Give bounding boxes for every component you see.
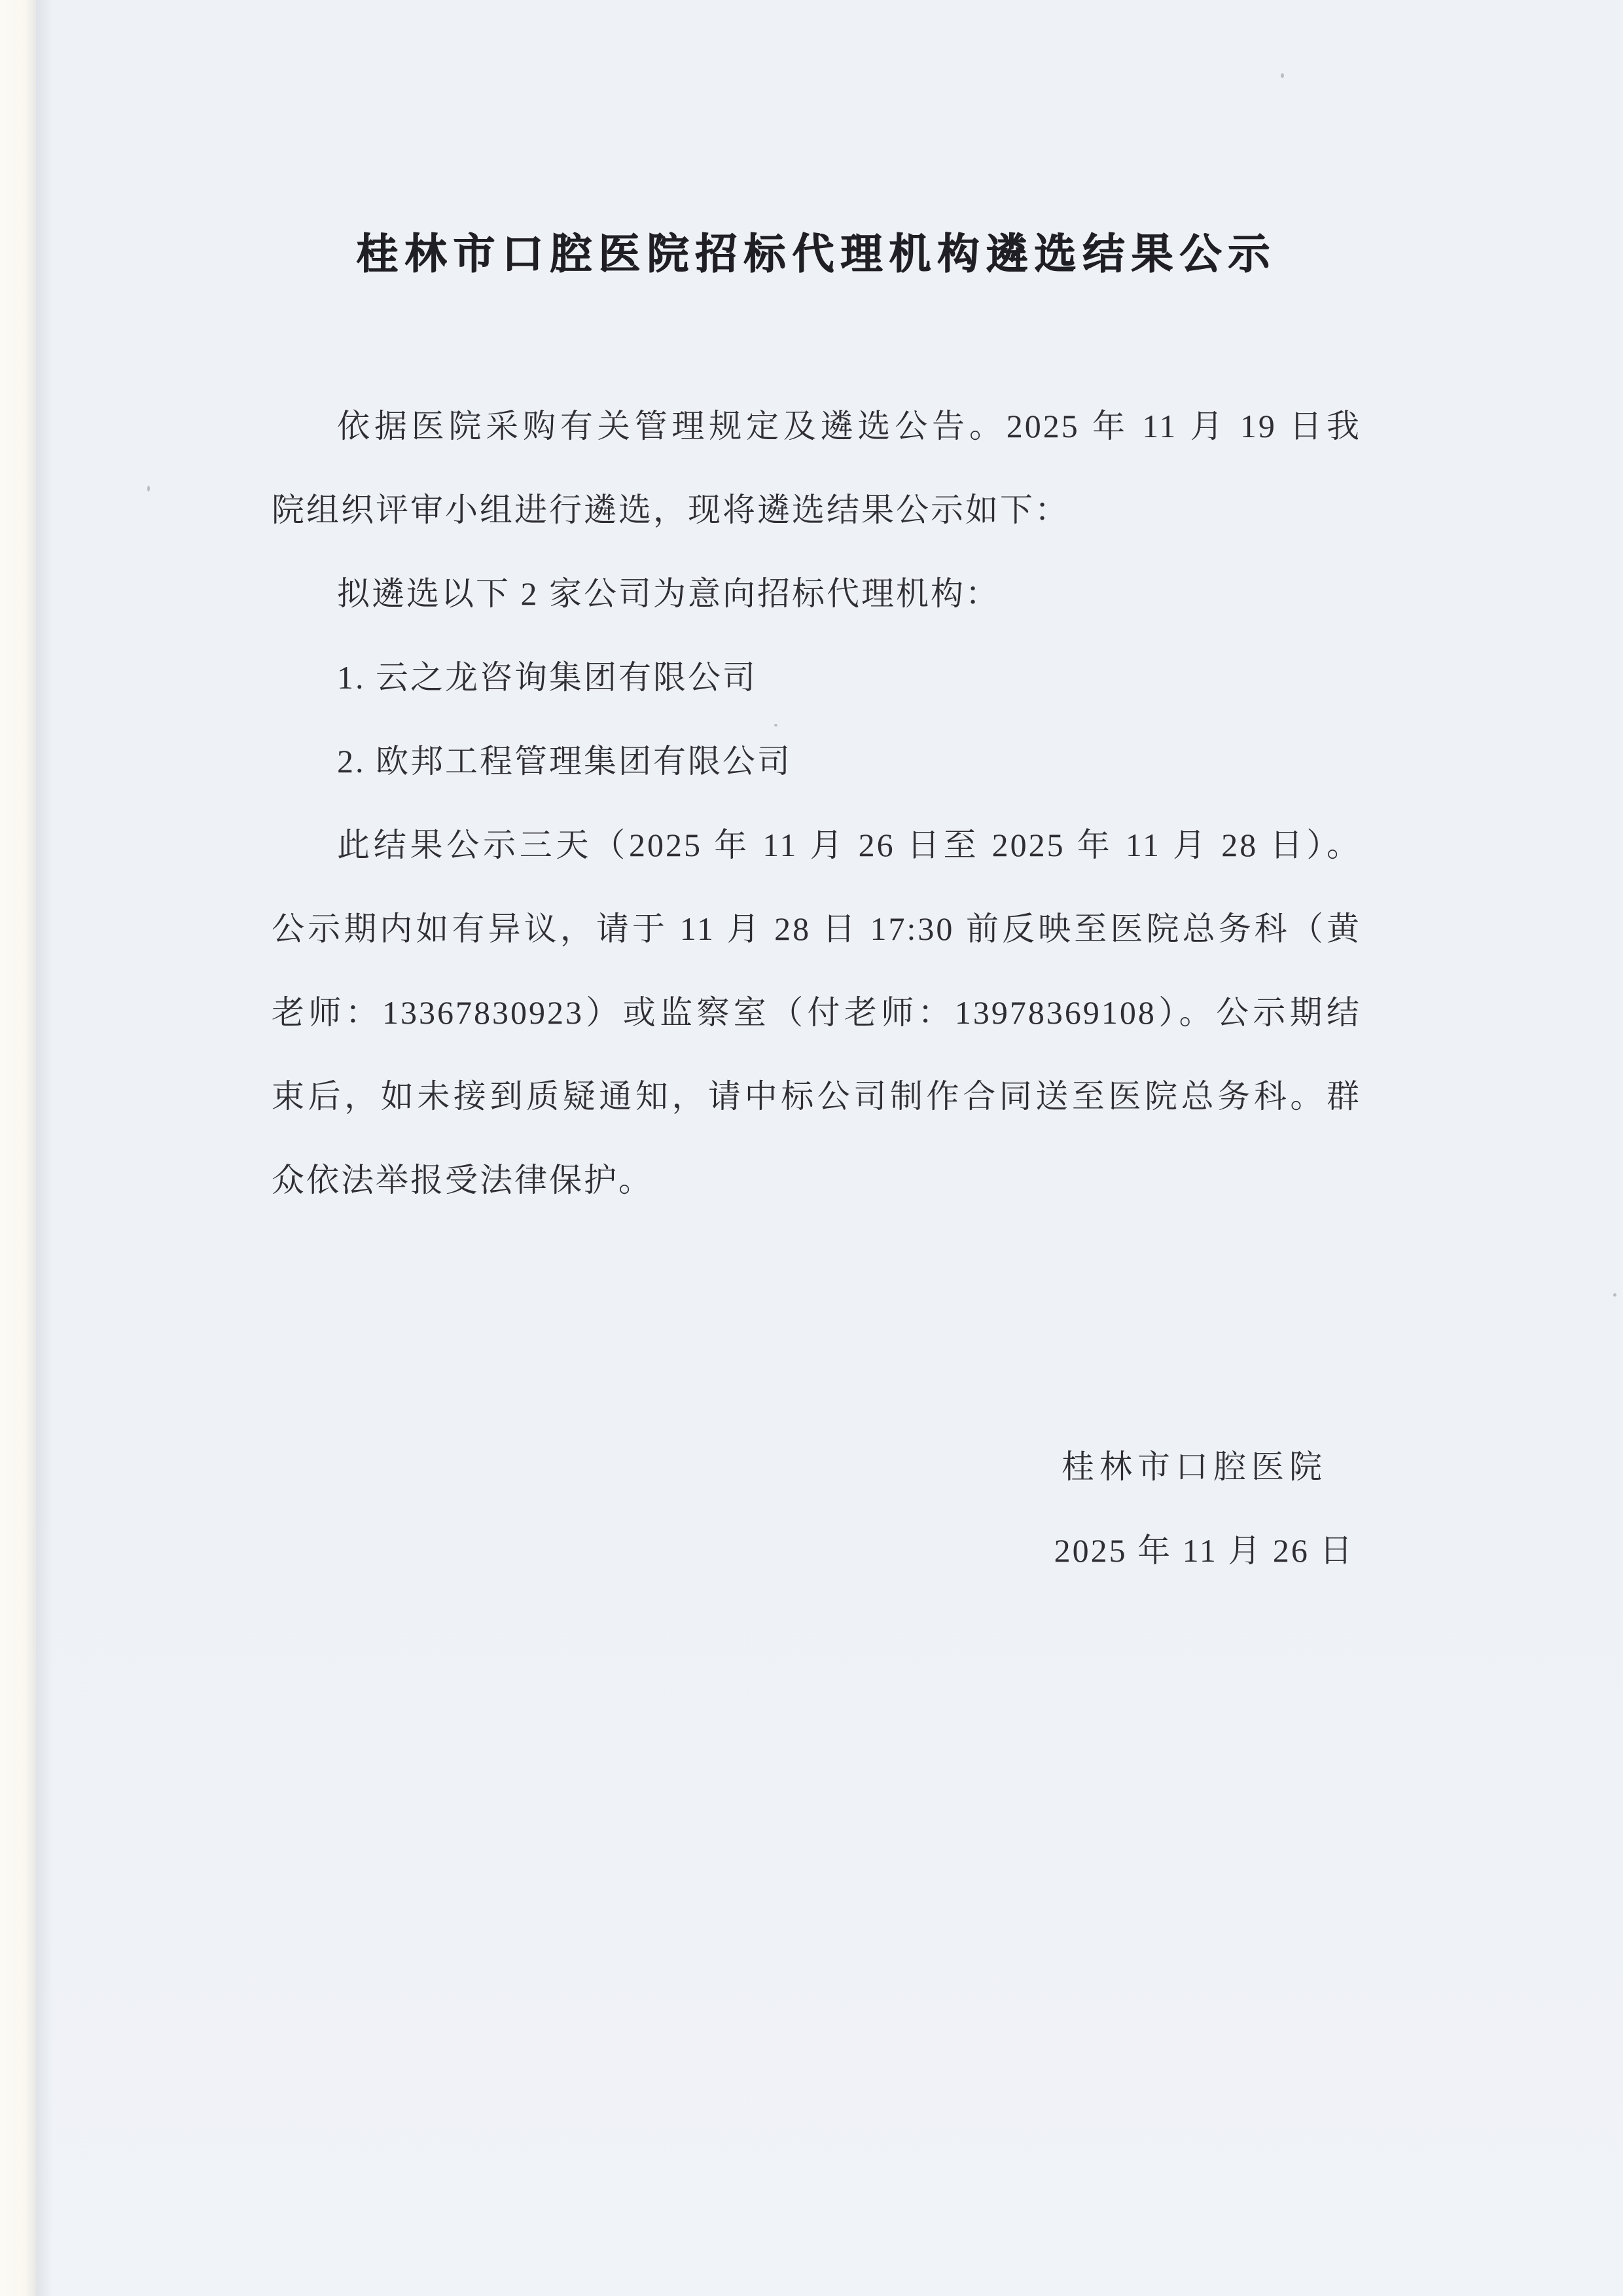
body-line-6: 此结果公示三天（2025 年 11 月 26 日至 2025 年 11 月 28… [272, 803, 1361, 887]
scanner-edge-strip [0, 0, 36, 2296]
body-line-10: 众依法举报受法律保护。 [272, 1138, 1361, 1222]
body-line-8: 老师：13367830923）或监察室（付老师：13978369108）。公示期… [272, 971, 1361, 1054]
list-item-1: 1. 云之龙咨询集团有限公司 [272, 636, 1361, 719]
document-body: 依据医院采购有关管理规定及遴选公告。2025 年 11 月 19 日我 院组织评… [272, 384, 1361, 1222]
list-item-2: 2. 欧邦工程管理集团有限公司 [272, 719, 1361, 803]
scanned-document-page: 桂林市口腔医院招标代理机构遴选结果公示 依据医院采购有关管理规定及遴选公告。20… [0, 0, 1623, 2296]
signature-block: 桂林市口腔医院 2025 年 11 月 26 日 [991, 1425, 1397, 1592]
document-title: 桂林市口腔医院招标代理机构遴选结果公示 [272, 229, 1361, 279]
document-content: 桂林市口腔医院招标代理机构遴选结果公示 依据医院采购有关管理规定及遴选公告。20… [272, 0, 1361, 1592]
scan-speck [147, 486, 150, 492]
body-line-9: 束后，如未接到质疑通知，请中标公司制作合同送至医院总务科。群 [272, 1054, 1361, 1138]
paper-sheet: 桂林市口腔医院招标代理机构遴选结果公示 依据医院采购有关管理规定及遴选公告。20… [36, 0, 1623, 2296]
scan-speck [1613, 1293, 1616, 1297]
body-line-7: 公示期内如有异议，请于 11 月 28 日 17:30 前反映至医院总务科（黄 [272, 887, 1361, 971]
body-line-1: 依据医院采购有关管理规定及遴选公告。2025 年 11 月 19 日我 [272, 384, 1361, 468]
body-line-3: 拟遴选以下 2 家公司为意向招标代理机构： [272, 552, 1361, 636]
body-line-2: 院组织评审小组进行遴选，现将遴选结果公示如下： [272, 468, 1361, 552]
signature-organization: 桂林市口腔医院 [991, 1425, 1397, 1509]
signature-date: 2025 年 11 月 26 日 [1001, 1509, 1407, 1592]
